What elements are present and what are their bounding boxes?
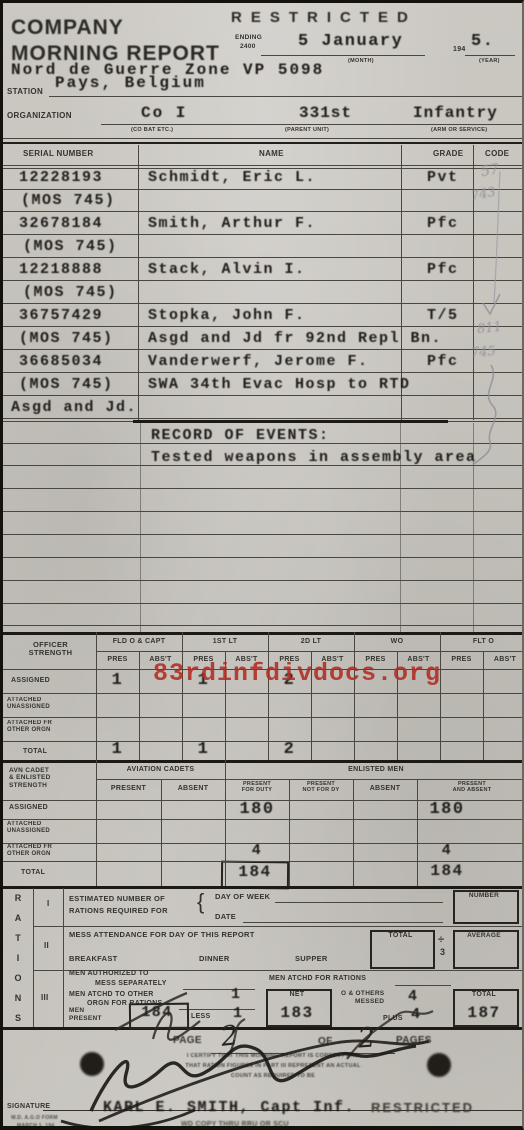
signature-typed-name: KARL E. SMITH, Capt Inf. xyxy=(103,1099,355,1116)
enlisted-table-top xyxy=(3,760,524,763)
net-value: 183 xyxy=(268,1004,326,1022)
net-box-label: NET xyxy=(268,991,326,998)
year-caption: (YEAR) xyxy=(479,58,500,64)
roster-serial: (MOS 745) xyxy=(23,238,118,255)
pencil-code-mark: 57 xyxy=(480,162,500,181)
cadets-absent-col: ABSENT xyxy=(161,785,225,792)
rations-total-value: 187 xyxy=(455,1004,513,1022)
of-label: OF xyxy=(318,1036,333,1047)
officer-col xyxy=(440,632,441,760)
report-title-line1: COMPANY xyxy=(11,16,124,40)
officer-row-label: ATTACHED FR OTHER ORGN xyxy=(7,720,87,733)
rations-rule xyxy=(33,926,524,927)
rations-vertical-label: RATIONS xyxy=(13,893,23,1033)
ending-value: 2400 xyxy=(240,43,256,50)
form-id-line2: MARCH 1, 194 xyxy=(17,1123,55,1129)
roster-name: Schmidt, Eric L. xyxy=(148,169,316,186)
roster-name: Vanderwerf, Jerome F. xyxy=(148,353,369,370)
roster-rule xyxy=(3,257,524,258)
enlisted-row-label: ASSIGNED xyxy=(9,804,48,811)
plus-label: PLUS xyxy=(383,1015,403,1022)
others-value: 4 xyxy=(408,988,419,1005)
men-l2: PRESENT xyxy=(69,1015,102,1022)
enlisted-total-pres-duty: 184 xyxy=(225,863,285,881)
record-col-tick xyxy=(400,423,401,633)
record-of-events-title: RECORD OF EVENTS: xyxy=(151,427,330,444)
enlisted-col xyxy=(417,779,418,886)
officer-col xyxy=(268,632,269,760)
enlisted-col xyxy=(353,779,354,886)
roster-serial: 36685034 xyxy=(19,353,103,370)
header-rule-1 xyxy=(3,138,524,139)
page-label: PAGE xyxy=(173,1035,202,1046)
roster-serial: (MOS 745) xyxy=(23,284,118,301)
officer-total-fld-pres: 1 xyxy=(96,740,139,759)
pencil-code-mark: 743 xyxy=(470,185,497,204)
month-underline xyxy=(261,55,425,56)
record-of-events-entry: Tested weapons in assembly area xyxy=(151,449,477,466)
year-prefix: 194 xyxy=(453,46,466,53)
officer-rule xyxy=(3,717,524,718)
atchd-other-value: 1 xyxy=(231,986,242,1003)
watermark: 83rdinfdivdocs.org xyxy=(153,659,441,688)
roster-rule xyxy=(3,326,524,327)
roster-rule xyxy=(3,189,524,190)
enlisted-pres-not-col: PRESENT NOT FOR DY xyxy=(289,781,353,793)
cadets-present-col: PRESENT xyxy=(96,785,161,792)
roster-name: Smith, Arthur F. xyxy=(148,215,316,232)
pages-label: PAGES xyxy=(396,1035,432,1046)
station-label: STATION xyxy=(7,87,43,96)
enlisted-rule xyxy=(3,843,524,844)
record-rule xyxy=(3,488,524,489)
ending-label: ENDING xyxy=(235,34,262,41)
enlisted-rule xyxy=(3,861,524,862)
pencil-code-mark: 811 xyxy=(476,320,502,338)
officer-sub-pres: PRES xyxy=(96,656,139,663)
date-year: 5. xyxy=(471,32,494,51)
roster-col-code: CODE xyxy=(485,149,509,158)
men-atchd-rations-label: MEN ATCHD FOR RATIONS xyxy=(269,975,366,982)
roster-serial: (MOS 745) xyxy=(19,376,114,393)
roster-col-grade: GRADE xyxy=(433,149,463,158)
certificate-line2: THAT RATION FIGURES IN PART III REPRESEN… xyxy=(123,1063,423,1069)
pencil-squiggle xyxy=(474,365,496,464)
org-unit-caption: (CO BAT ETC.) xyxy=(131,127,173,133)
roster-rule xyxy=(3,372,524,373)
enlisted-pres-duty-col: PRESENT FOR DUTY xyxy=(225,781,289,793)
men-present-value: 184 xyxy=(131,1004,183,1021)
record-rule xyxy=(3,603,524,604)
roster-rule xyxy=(3,418,524,419)
enlisted-rule xyxy=(3,800,524,801)
org-parent-caption: (PARENT UNIT) xyxy=(285,127,329,133)
enlisted-absent-col: ABSENT xyxy=(353,785,417,792)
certificate-line3: COUNT AS REQUIRED TO BE xyxy=(123,1073,423,1079)
record-rule xyxy=(3,511,524,512)
officer-col xyxy=(96,632,97,760)
record-col-tick xyxy=(473,423,474,633)
punch-hole-right xyxy=(427,1053,451,1077)
officer-row-label: ATTACHED UNASSIGNED xyxy=(7,697,87,710)
roster-grade: T/5 xyxy=(427,307,459,324)
routing-line: WD COPY THRU RRU OR SCU xyxy=(181,1121,289,1128)
rations-brace: { xyxy=(197,889,205,915)
enlisted-col xyxy=(225,760,226,886)
men-l1: MEN xyxy=(69,1007,84,1014)
dinner-label: DINNER xyxy=(199,954,230,963)
officer-sub-abst: ABS'T xyxy=(483,656,524,663)
men-atchd-rations-line xyxy=(395,985,451,986)
men-authorized-l1: MEN AUTHORIZED TO xyxy=(69,970,149,977)
station-value: Pays, Belgium xyxy=(55,74,206,92)
record-rule xyxy=(3,580,524,581)
enlisted-row-label: ATTACHED UNASSIGNED xyxy=(7,821,87,834)
morning-report-page: RESTRICTED COMPANY MORNING REPORT ENDING… xyxy=(0,0,524,1130)
restricted-stamp: RESTRICTED xyxy=(371,1100,474,1115)
officer-group-label: 2D LT xyxy=(268,638,354,645)
roster-col-serial: SERIAL NUMBER xyxy=(23,149,93,158)
year-underline xyxy=(465,55,515,56)
rations-total-label: TOTAL xyxy=(455,991,513,998)
roster-serial: Asgd and Jd. xyxy=(11,399,137,416)
mess-total-label: TOTAL xyxy=(372,932,429,939)
mess-attendance-label: MESS ATTENDANCE FOR DAY OF THIS REPORT xyxy=(69,930,255,939)
roster-rule xyxy=(3,349,524,350)
roster-rule xyxy=(3,234,524,235)
roster-rule xyxy=(3,280,524,281)
officer-sub-pres: PRES xyxy=(440,656,483,663)
enlisted-attached-pres-abs: 4 xyxy=(407,842,487,859)
record-rule xyxy=(3,465,524,466)
enlisted-row-label: TOTAL xyxy=(21,869,45,876)
officer-rule xyxy=(3,693,524,694)
org-unit-value: Co I xyxy=(141,104,187,122)
roster-rule xyxy=(3,303,524,304)
breakfast-label: BREAKFAST xyxy=(69,954,118,963)
enlisted-table-bottom xyxy=(3,886,524,889)
officer-row-label: ASSIGNED xyxy=(11,677,50,684)
officer-strength-header: OFFICER STRENGTH xyxy=(13,641,88,658)
roster-col-name: NAME xyxy=(259,149,284,158)
officer-row-label: TOTAL xyxy=(23,748,47,755)
roster-grade: Pfc xyxy=(427,261,459,278)
others-l1: O & OTHERS xyxy=(341,990,384,997)
organization-label: ORGANIZATION xyxy=(7,111,72,120)
record-rule xyxy=(3,557,524,558)
classification-banner: RESTRICTED xyxy=(231,9,417,26)
officer-table-top xyxy=(3,632,524,635)
rations-estimated-label: ESTIMATED NUMBER OF RATIONS REQUIRED FOR xyxy=(69,893,195,917)
roster-div-serial xyxy=(138,145,139,420)
roster-div-code xyxy=(473,145,474,420)
enlisted-row-label: ATTACHED FR OTHER ORGN xyxy=(7,844,87,857)
enlisted-col xyxy=(289,779,290,886)
record-col-tick xyxy=(140,423,141,633)
rations-col xyxy=(33,888,34,1027)
punch-hole-left xyxy=(80,1052,104,1076)
number-box-label: NUMBER xyxy=(455,892,513,899)
roster-grade: Pfc xyxy=(427,353,459,370)
rations-bottom xyxy=(3,1027,524,1030)
roster-serial: 12218888 xyxy=(19,261,103,278)
roster-serial: 36757429 xyxy=(19,307,103,324)
rations-numeral-1: I xyxy=(47,899,50,908)
roster-grade: Pfc xyxy=(427,215,459,232)
enlisted-attached-pres-duty: 4 xyxy=(225,842,289,859)
enlisted-rule xyxy=(3,819,524,820)
men-authorized-l2: MESS SEPARATELY xyxy=(95,980,167,987)
roster-name: Stopka, John F. xyxy=(148,307,306,324)
date-line xyxy=(243,922,443,923)
date-label: DATE xyxy=(215,912,236,921)
record-rule xyxy=(3,443,524,444)
officer-rule xyxy=(96,651,524,652)
officer-total-2lt-pres: 2 xyxy=(268,740,311,759)
officer-rule xyxy=(3,741,524,742)
roster-serial: 12228193 xyxy=(19,169,103,186)
enlisted-assigned-pres-abs: 180 xyxy=(407,800,487,819)
supper-label: SUPPER xyxy=(295,954,328,963)
signature-label: SIGNATURE xyxy=(7,1103,50,1110)
less-label: LESS xyxy=(191,1013,210,1020)
roster-rule xyxy=(3,395,524,396)
org-parent-value: 331st xyxy=(299,104,352,122)
day-of-week-line xyxy=(275,902,443,903)
officer-col xyxy=(139,651,140,760)
roster-serial: (MOS 745) xyxy=(19,330,114,347)
divide-num: 3 xyxy=(440,947,445,957)
rations-col xyxy=(63,888,64,1027)
enlisted-col xyxy=(161,779,162,886)
date-month: 5 January xyxy=(298,32,403,51)
plus-value: 4 xyxy=(411,1006,422,1023)
enlisted-pres-abs-col: PRESENT AND ABSENT xyxy=(417,781,524,793)
record-rule xyxy=(3,625,524,626)
officer-col xyxy=(483,651,484,760)
roster-header-rule-1 xyxy=(3,165,524,166)
officer-group-label: FLD O & CAPT xyxy=(96,638,182,645)
atchd-other-line xyxy=(179,1009,255,1010)
station-underline xyxy=(49,96,523,97)
officer-total-1lt-pres: 1 xyxy=(182,740,225,759)
enlisted-group-label: ENLISTED MEN xyxy=(225,766,524,773)
rations-numeral-3: III xyxy=(41,993,49,1002)
atchd-other-l1: MEN ATCHD TO OTHER xyxy=(69,991,154,998)
month-caption: (MONTH) xyxy=(348,58,374,64)
header-rule-2 xyxy=(3,142,524,144)
certificate-line1: I CERTIFY THAT THIS MORNING REPORT IS CO… xyxy=(123,1053,423,1059)
enlisted-assigned-pres-duty: 180 xyxy=(225,800,289,819)
mess-separately-line xyxy=(183,989,255,990)
enlisted-col xyxy=(96,760,97,886)
officer-group-label: FLT O xyxy=(440,638,524,645)
officer-assigned-fld-pres: 1 xyxy=(96,671,139,690)
record-rule xyxy=(3,534,524,535)
officer-col xyxy=(182,632,183,760)
officer-col xyxy=(354,632,355,760)
roster-serial: (MOS 745) xyxy=(21,192,116,209)
roster-name: Asgd and Jd fr 92nd Repl Bn. xyxy=(148,330,442,347)
roster-grade: Pvt xyxy=(427,169,459,186)
org-arm-value: Infantry xyxy=(413,104,498,122)
average-box-label: AVERAGE xyxy=(455,932,513,939)
roster-name: Stack, Alvin I. xyxy=(148,261,306,278)
pencil-code-mark: 745 xyxy=(471,344,497,361)
roster-name: SWA 34th Evac Hosp to RTD xyxy=(148,376,411,393)
officer-group-label: WO xyxy=(354,638,440,645)
pages-value-handwritten: 2 xyxy=(357,1022,376,1054)
roster-rule xyxy=(3,211,524,212)
organization-underline xyxy=(101,124,523,125)
enlisted-strength-header: AVN CADET & ENLISTED STRENGTH xyxy=(9,767,89,789)
org-arm-caption: (ARM OR SERVICE) xyxy=(431,127,487,133)
page-value-handwritten: 2 xyxy=(219,1020,239,1053)
day-of-week-label: DAY OF WEEK xyxy=(215,892,270,901)
others-l2: MESSED xyxy=(355,998,384,1005)
cadets-group-label: AVIATION CADETS xyxy=(96,766,225,773)
officer-group-label: 1ST LT xyxy=(182,638,268,645)
roster-serial: 32678184 xyxy=(19,215,103,232)
rations-numeral-2: II xyxy=(44,941,49,950)
enlisted-total-pres-abs: 184 xyxy=(407,862,487,880)
divide-sign: ÷ xyxy=(438,934,444,946)
form-id-line1: W.D. A.G.O FORM xyxy=(11,1115,58,1121)
pencil-check-mark xyxy=(483,294,500,314)
